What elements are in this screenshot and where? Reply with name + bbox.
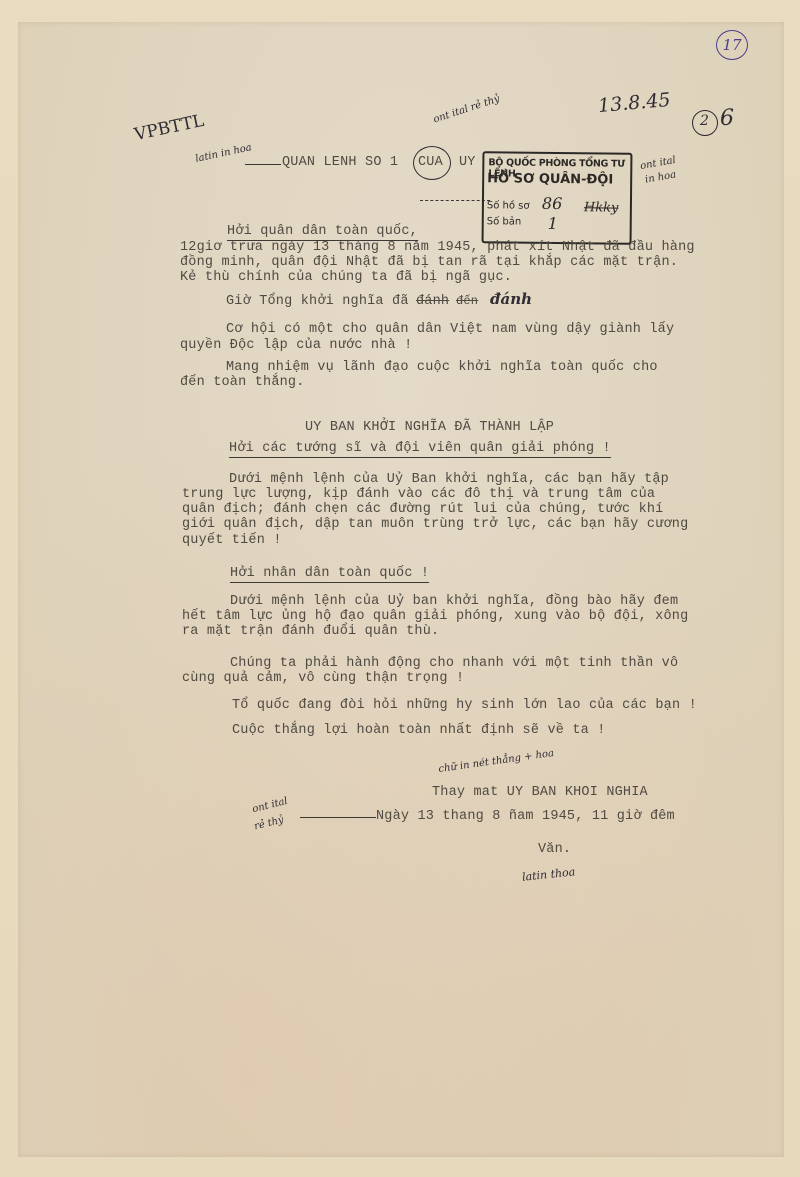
para-9: Cuộc thắng lợi hoàn toàn nhất định sẽ về… <box>232 723 606 738</box>
stamp-line-2: HỒ SƠ QUÂN-ĐỘI <box>487 171 613 187</box>
title-circled-word: CUA <box>418 155 443 170</box>
para-7-line-2: cùng quả cảm, vô cùng thận trọng ! <box>182 671 464 686</box>
date-line: Ngày 13 thang 8 ñam 1945, 11 giờ đêm <box>376 809 675 824</box>
para-5-line-3: quân địch; đánh chẹn các đường rút lui c… <box>182 502 663 517</box>
salutation-1: Hởi quân dân toàn quốc, <box>227 224 418 241</box>
signature-leader-line <box>300 817 376 818</box>
para-7-line-1: Chúng ta phải hành động cho nhanh với mộ… <box>230 656 678 671</box>
salutation-3: Hởi nhân dân toàn quốc ! <box>230 566 429 583</box>
para-6-line-1: Dưới mệnh lệnh của Uỷ ban khởi nghĩa, đồ… <box>230 594 678 609</box>
para-4-line-1: Mang nhiệm vụ lãnh đạo cuộc khởi nghĩa t… <box>226 360 658 375</box>
para-3-line-2: quyền Độc lập của nước nhà ! <box>180 338 412 353</box>
stamp-value-hoso: 86 <box>542 194 563 213</box>
para-1-line-3: Kẻ thù chính của chúng ta đã bị ngã gục. <box>180 270 512 285</box>
leader-line <box>245 164 281 165</box>
stamp-value-ban: 1 <box>548 214 558 233</box>
circled-mark: 2 <box>692 110 718 136</box>
document-paper <box>18 22 784 1157</box>
para-5-line-4: giới quân địch, dập tan muôn trùng trở l… <box>182 517 688 532</box>
para-5-line-1: Dưới mệnh lệnh của Uỷ Ban khởi nghĩa, cá… <box>229 472 669 487</box>
para-6-line-3: ra mặt trận đánh đuổi quân thù. <box>182 624 439 639</box>
stamp-scribble: Hkky <box>584 200 619 215</box>
section-heading: UY BAN KHỞI NGHĨA ĐÃ THÀNH LẬP <box>305 420 554 435</box>
para-5-line-2: trung lực lượng, kịp đánh vào các đô thị… <box>182 487 655 502</box>
para-2-struck: đánh <box>416 294 449 309</box>
salutation-2: Hởi các tướng sĩ và đội viên quân giải p… <box>229 441 611 458</box>
para-6-line-2: hết tâm lực ủng hộ đạo quân giải phóng, … <box>182 609 688 624</box>
title-suffix: UY <box>459 155 476 170</box>
para-4-line-2: đến toàn thắng. <box>180 375 305 390</box>
page-number-stamp: 17 <box>716 30 748 60</box>
para-3-line-1: Cơ hội có một cho quân dân Việt nam vùng… <box>226 322 674 337</box>
title-prefix: QUAN LENH SO 1 <box>282 155 398 170</box>
dashed-rule <box>420 200 490 201</box>
signer-name: Văn. <box>538 842 571 857</box>
stamp-label-hoso: Số hồ sơ <box>487 200 530 211</box>
para-8: Tổ quốc đang đòi hỏi những hy sinh lớn l… <box>232 698 697 713</box>
stamp-label-ban: Số bản <box>487 216 522 227</box>
para-2-struck-2: đến <box>456 294 478 308</box>
archive-stamp: BỘ QUỐC PHÒNG TỔNG TƯ LỆNH HỒ SƠ QUÂN-ĐỘ… <box>482 151 633 245</box>
para-1-line-1: 12giơ trưa ngày 13 tháng 8 năm 1945, phá… <box>180 240 695 255</box>
para-2-handwritten: đánh <box>490 290 532 308</box>
mark-suffix: 6 <box>720 106 734 131</box>
on-behalf-line: Thay mat UY BAN KHOI NGHIA <box>432 785 648 800</box>
para-1-line-2: đồng minh, quân đội Nhật đã bị tan rã tạ… <box>180 255 678 270</box>
para-2-typed: Giờ Tổng khởi nghĩa đã <box>226 294 409 309</box>
para-5-line-5: quyết tiến ! <box>182 533 282 548</box>
